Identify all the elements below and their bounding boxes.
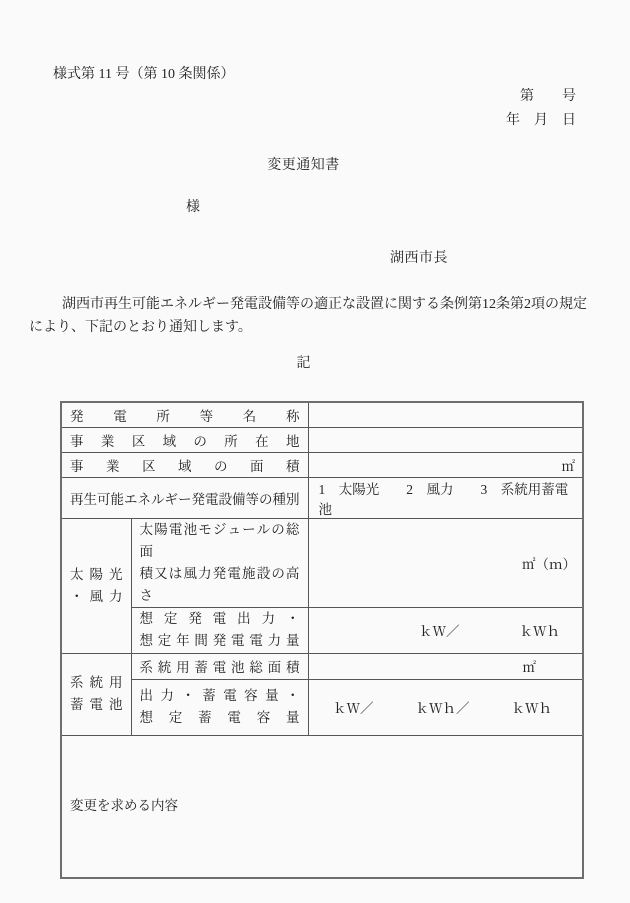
sender-name: 湖西市長 xyxy=(390,250,448,267)
power-output-unit-kwh: ｋＷｈ xyxy=(520,620,561,640)
form-number: 様式第 11 号（第 10 条関係） xyxy=(53,66,234,83)
row-facility-name: 発電所等名称 xyxy=(61,402,583,427)
note-ki: 記 xyxy=(29,355,578,372)
document-number-line: 第 号 xyxy=(520,88,576,105)
battery-output-label-line-2: 想定蓄電容量 xyxy=(140,707,300,729)
power-output-unit-kw: ｋＷ／ xyxy=(419,620,460,640)
battery-output-label: 出力・蓄電容量・ 想定蓄電容量 xyxy=(131,679,308,735)
module-area-label: 太陽電池モジュールの総面 積又は風力発電施設の高さ xyxy=(131,518,308,607)
battery-group-line-1: 系統用 xyxy=(70,672,123,694)
details-table: 発電所等名称 事業区域の所在地 事業区域の面積 ㎡ 再生可能エネルギー発電設備等… xyxy=(60,401,584,879)
area-size-label: 事業区域の面積 xyxy=(61,452,308,477)
body-line-1: 湖西市再生可能エネルギー発電設備等の適正な設置に関する条例第12条第2項の規定 xyxy=(29,293,577,316)
module-area-unit: ㎡（ｍ） xyxy=(308,518,583,607)
equipment-type-label: 再生可能エネルギー発電設備等の種別 xyxy=(61,477,308,518)
change-request-label: 変更を求める内容 xyxy=(61,735,583,878)
battery-area-unit: ㎡ xyxy=(308,653,583,679)
solar-wind-line-1: 太陽光 xyxy=(70,564,123,586)
row-equipment-type: 再生可能エネルギー発電設備等の種別 1 太陽光 2 風力 3 系統用蓄電池 xyxy=(61,477,583,518)
battery-output-unit-kwh-2: ｋＷｈ xyxy=(512,697,553,717)
area-size-unit: ㎡ xyxy=(308,452,583,477)
module-area-label-line-2: 積又は風力発電施設の高さ xyxy=(140,563,300,607)
addressee-suffix: 様 xyxy=(186,199,200,216)
document-title: 変更通知書 xyxy=(29,157,578,174)
row-change-request: 変更を求める内容 xyxy=(61,735,583,878)
row-module-area: 太陽光 ・風力 太陽電池モジュールの総面 積又は風力発電施設の高さ ㎡（ｍ） xyxy=(61,518,583,607)
power-output-label-line-2: 想定年間発電電力量 xyxy=(140,630,300,652)
solar-wind-group-header: 太陽光 ・風力 xyxy=(61,518,131,653)
area-location-label: 事業区域の所在地 xyxy=(61,427,308,452)
power-output-label-line-1: 想定発電出力・ xyxy=(140,608,300,630)
battery-group-line-2: 蓄電池 xyxy=(70,694,123,716)
battery-output-units: ｋＷ／ ｋＷｈ／ ｋＷｈ xyxy=(317,697,575,717)
power-output-label: 想定発電出力・ 想定年間発電電力量 xyxy=(131,607,308,653)
issue-date-line: 年 月 日 xyxy=(506,112,576,129)
solar-wind-line-2: ・風力 xyxy=(70,586,123,608)
battery-output-label-line-1: 出力・蓄電容量・ xyxy=(140,685,300,707)
row-power-output: 想定発電出力・ 想定年間発電電力量 ｋＷ／ ｋＷｈ xyxy=(61,607,583,653)
facility-name-label: 発電所等名称 xyxy=(61,402,308,427)
power-output-units: ｋＷ／ ｋＷｈ xyxy=(317,620,575,640)
row-area-location: 事業区域の所在地 xyxy=(61,427,583,452)
area-location-value xyxy=(308,427,583,452)
row-battery-area: 系統用 蓄電池 系統用蓄電池総面積 ㎡ xyxy=(61,653,583,679)
row-battery-output: 出力・蓄電容量・ 想定蓄電容量 ｋＷ／ ｋＷｈ／ ｋＷｈ xyxy=(61,679,583,735)
battery-group-header: 系統用 蓄電池 xyxy=(61,653,131,735)
battery-output-unit-kwh-1: ｋＷｈ／ xyxy=(416,697,470,717)
module-area-label-line-1: 太陽電池モジュールの総面 xyxy=(140,519,300,563)
battery-area-label: 系統用蓄電池総面積 xyxy=(131,653,308,679)
equipment-type-options: 1 太陽光 2 風力 3 系統用蓄電池 xyxy=(308,477,583,518)
facility-name-value xyxy=(308,402,583,427)
row-area-size: 事業区域の面積 ㎡ xyxy=(61,452,583,477)
document-page: 様式第 11 号（第 10 条関係） 第 号 年 月 日 変更通知書 様 湖西市… xyxy=(0,0,630,903)
body-line-2: により、下記のとおり通知します。 xyxy=(29,316,577,339)
battery-output-unit-kw: ｋＷ／ xyxy=(333,697,374,717)
body-paragraph: 湖西市再生可能エネルギー発電設備等の適正な設置に関する条例第12条第2項の規定 … xyxy=(29,293,577,339)
